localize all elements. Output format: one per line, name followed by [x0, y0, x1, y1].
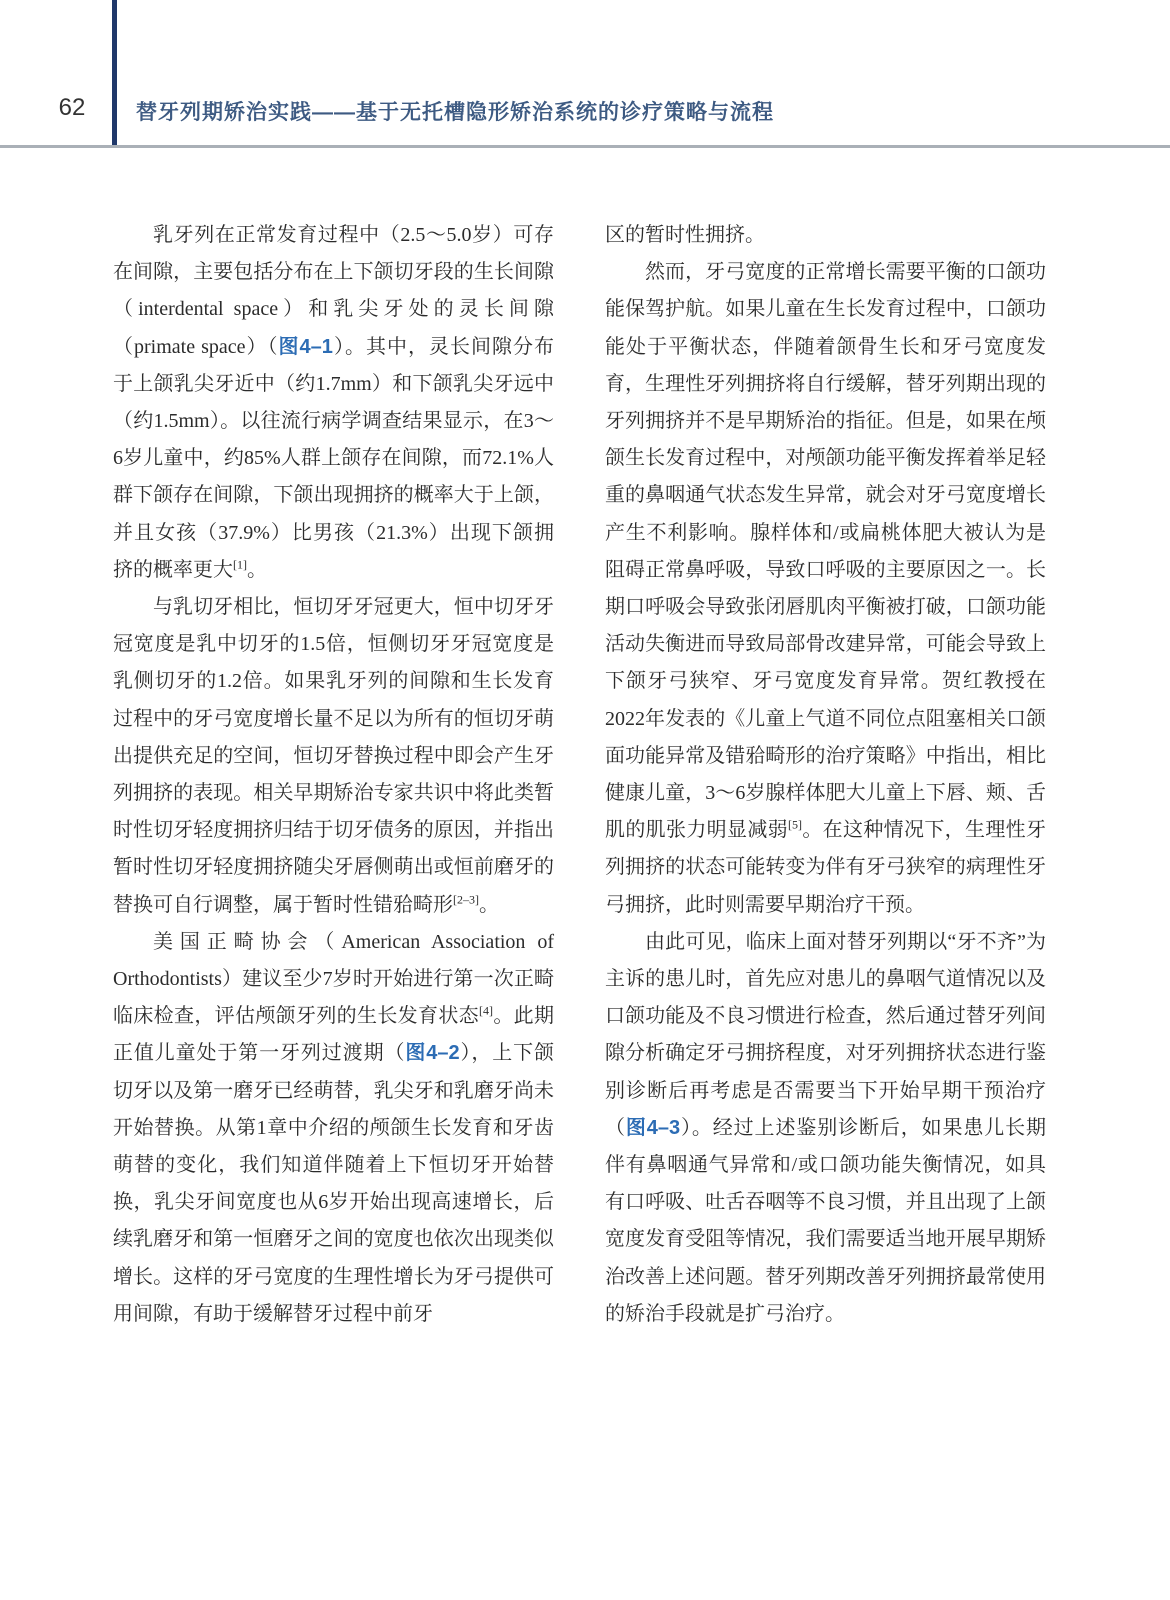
- figure-reference: 图4–1: [279, 336, 333, 358]
- text-column-right: 区的暂时性拥挤。然而，牙弓宽度的正常增长需要平衡的口颌功能保驾护航。如果儿童在生…: [605, 217, 1046, 1333]
- text-run: 。: [247, 559, 267, 581]
- citation-superscript: [4]: [479, 1004, 493, 1018]
- header-rule: [0, 145, 1170, 148]
- text-run: 区的暂时性拥挤。: [605, 224, 765, 246]
- text-run: ）。其中，灵长间隙分布于上颌乳尖牙近中（约1.7mm）和下颌乳尖牙远中（约1.5…: [113, 336, 554, 581]
- paragraph: 然而，牙弓宽度的正常增长需要平衡的口颌功能保驾护航。如果儿童在生长发育过程中，口…: [605, 254, 1046, 924]
- paragraph: 区的暂时性拥挤。: [605, 217, 1046, 254]
- running-head-title: 替牙列期矫治实践——基于无托槽隐形矫治系统的诊疗策略与流程: [136, 96, 774, 126]
- text-run: 与乳切牙相比，恒切牙牙冠更大，恒中切牙牙冠宽度是乳中切牙的1.5倍，恒侧切牙牙冠…: [113, 596, 554, 916]
- book-page: 62 替牙列期矫治实践——基于无托槽隐形矫治系统的诊疗策略与流程 乳牙列在正常发…: [0, 0, 1170, 1600]
- paragraph: 由此可见，临床上面对替牙列期以“牙不齐”为主诉的患儿时，首先应对患儿的鼻咽气道情…: [605, 924, 1046, 1333]
- paragraph: 美国正畸协会（American Association of Orthodont…: [113, 924, 554, 1333]
- citation-superscript: [5]: [788, 818, 802, 832]
- figure-reference: 图4–2: [405, 1042, 459, 1064]
- text-run: ）。经过上述鉴别诊断后，如果患儿长期伴有鼻咽通气异常和/或口颌功能失衡情况，如具…: [605, 1117, 1046, 1325]
- text-run: 由此可见，临床上面对替牙列期以“牙不齐”为主诉的患儿时，首先应对患儿的鼻咽气道情…: [605, 931, 1046, 1139]
- paragraph: 乳牙列在正常发育过程中（2.5～5.0岁）可存在间隙，主要包括分布在上下颌切牙段…: [113, 217, 554, 589]
- text-run: 然而，牙弓宽度的正常增长需要平衡的口颌功能保驾护航。如果儿童在生长发育过程中，口…: [605, 261, 1046, 841]
- figure-reference: 图4–3: [626, 1117, 680, 1139]
- page-number: 62: [46, 94, 98, 122]
- paragraph: 与乳切牙相比，恒切牙牙冠更大，恒中切牙牙冠宽度是乳中切牙的1.5倍，恒侧切牙牙冠…: [113, 589, 554, 924]
- text-run: ），上下颌切牙以及第一磨牙已经萌替，乳尖牙和乳磨牙尚未开始替换。从第1章中介绍的…: [113, 1042, 554, 1324]
- header-divider-bar: [112, 0, 117, 146]
- citation-superscript: [1]: [233, 557, 247, 571]
- citation-superscript: [2–3]: [453, 892, 479, 906]
- text-run: 。: [479, 894, 499, 916]
- text-column-left: 乳牙列在正常发育过程中（2.5～5.0岁）可存在间隙，主要包括分布在上下颌切牙段…: [113, 217, 554, 1333]
